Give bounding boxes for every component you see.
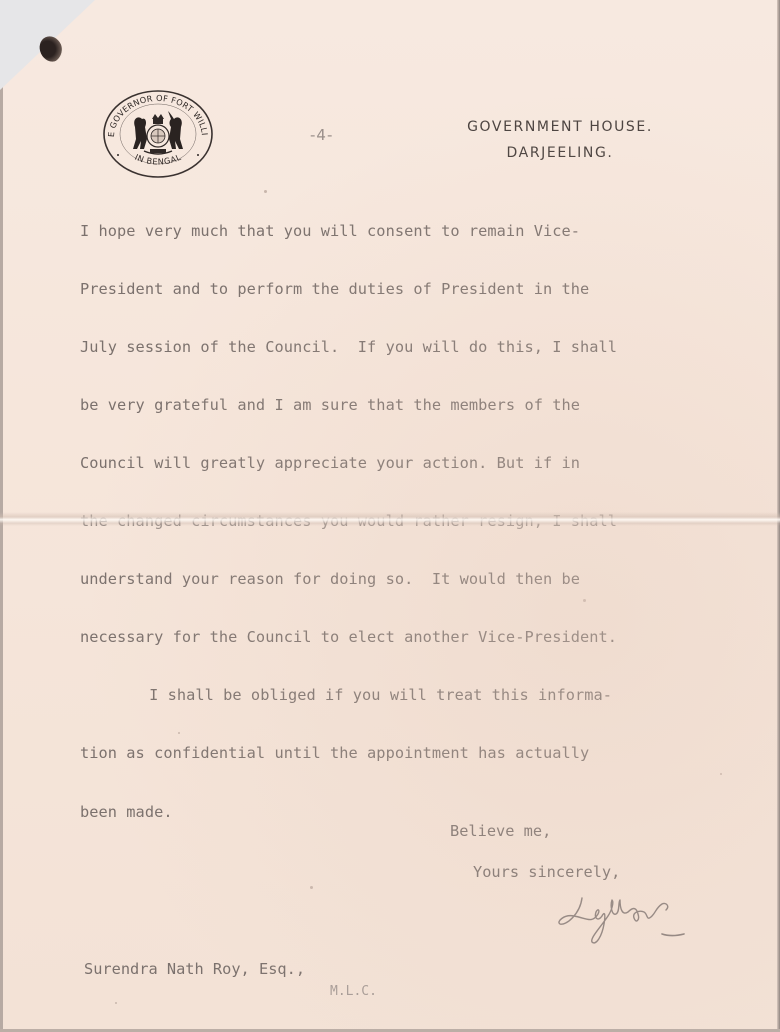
body-line: Council will greatly appreciate your act… — [80, 454, 580, 472]
handwritten-signature — [552, 884, 702, 954]
body-line: I hope very much that you will consent t… — [80, 222, 580, 240]
body-line: understand your reason for doing so. It … — [80, 570, 580, 588]
signature-icon — [552, 884, 702, 954]
paper-speck — [178, 732, 180, 734]
address-line-2: DARJEELING. — [440, 140, 680, 166]
closing-sign-off: Yours sincerely, — [473, 863, 620, 881]
closing-salutation: Believe me, — [450, 822, 551, 840]
recipient-postnominal: M.L.C. — [330, 984, 377, 999]
address-line-1: GOVERNMENT HOUSE. — [440, 114, 680, 140]
body-line: President and to perform the duties of P… — [80, 280, 589, 298]
paper-fold-crease — [0, 512, 780, 526]
body-line: I shall be obliged if you will treat thi… — [75, 686, 612, 704]
recipient-name: Surendra Nath Roy, Esq., — [84, 960, 305, 978]
paper-speck — [310, 886, 313, 889]
body-line: been made. — [80, 803, 173, 821]
body-line: tion as confidential until the appointme… — [80, 744, 589, 762]
paper-speck — [115, 1002, 117, 1004]
letter-page: THE GOVERNOR OF FORT WILLIAM IN BENGAL -… — [0, 0, 780, 1032]
paper-speck — [264, 190, 267, 193]
body-line: necessary for the Council to elect anoth… — [80, 628, 617, 646]
letterhead-address: GOVERNMENT HOUSE. DARJEELING. — [440, 114, 680, 166]
royal-coat-of-arms-icon: THE GOVERNOR OF FORT WILLIAM IN BENGAL — [102, 89, 214, 179]
paper-speck — [583, 599, 586, 602]
page-number: -4- — [310, 126, 333, 144]
governor-seal: THE GOVERNOR OF FORT WILLIAM IN BENGAL — [102, 89, 214, 179]
body-line: be very grateful and I am sure that the … — [80, 396, 580, 414]
paper-speck — [720, 773, 722, 775]
body-line: July session of the Council. If you will… — [80, 338, 617, 356]
